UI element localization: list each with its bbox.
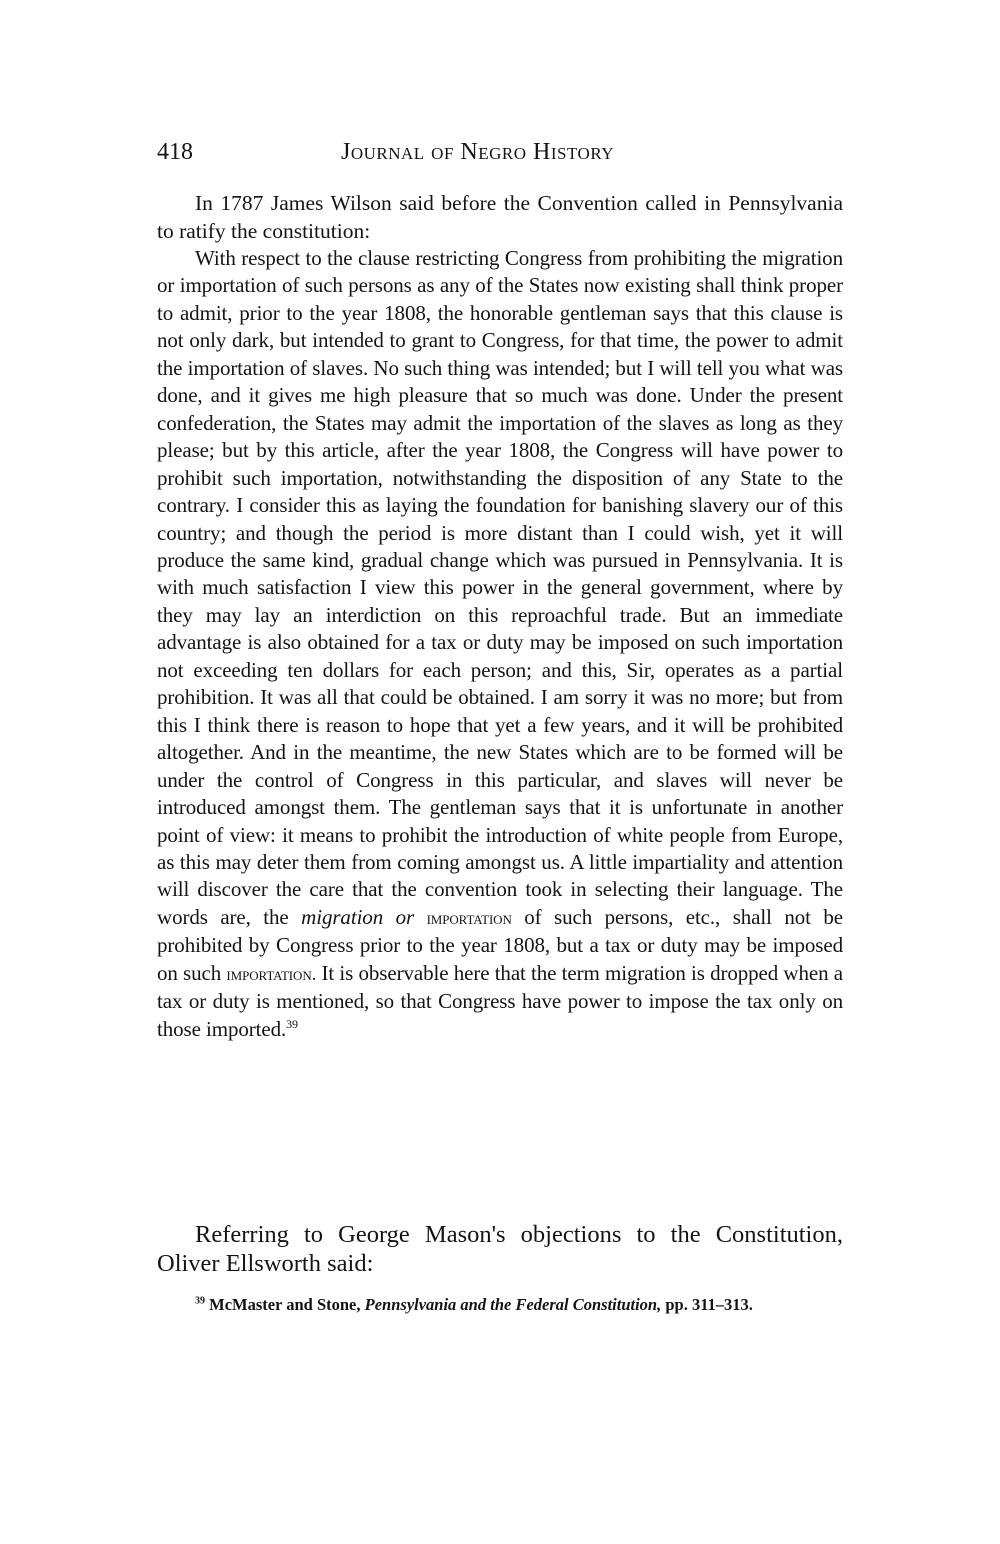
block-quote: With respect to the clause restricting C… bbox=[157, 245, 843, 1043]
quote-smallcaps-importation-2: importation. bbox=[226, 964, 316, 985]
quote-text-1: With respect to the clause restricting C… bbox=[157, 246, 843, 929]
page-number: 418 bbox=[157, 139, 193, 166]
footnote-reference[interactable]: 39 bbox=[286, 1017, 298, 1031]
footnote-authors: McMaster and Stone, bbox=[209, 1295, 360, 1314]
running-head: 418 Journal of Negro History bbox=[157, 139, 843, 169]
footnote-title: Pennsylvania and the Federal Constitutio… bbox=[365, 1295, 662, 1314]
journal-title: Journal of Negro History bbox=[341, 139, 614, 166]
intro-paragraph: In 1787 James Wilson said before the Con… bbox=[157, 190, 843, 245]
footnote-pages: pp. 311–313. bbox=[665, 1295, 753, 1314]
footnote: 39 McMaster and Stone, Pennsylvania and … bbox=[157, 1294, 843, 1315]
quote-italic-migration: migration or bbox=[301, 905, 414, 929]
quote-smallcaps-importation: importation bbox=[427, 908, 512, 929]
lead-paragraph: Referring to George Mason's objections t… bbox=[157, 1220, 843, 1278]
footnote-number: 39 bbox=[195, 1296, 205, 1307]
